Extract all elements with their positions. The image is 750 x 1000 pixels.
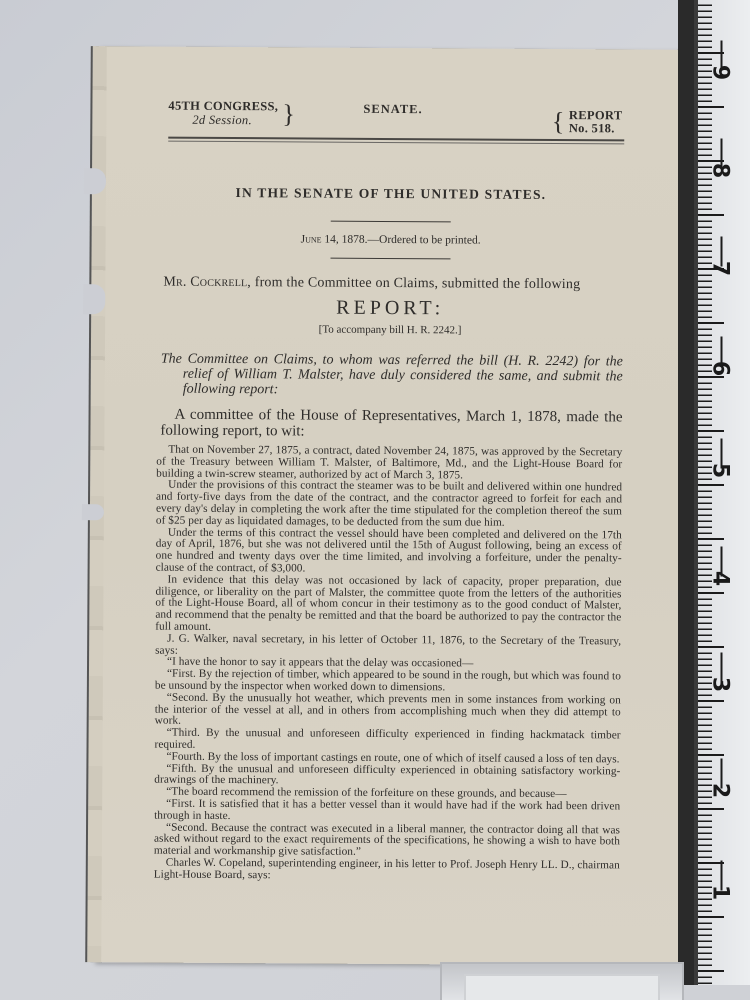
accompany-bill: [To accompany bill H. R. 2242.] (97, 322, 683, 338)
house-text: A committee of the House of Representati… (160, 407, 622, 442)
ruler-major-ticks (698, 0, 738, 985)
report-number-block: REPORT No. 518. (569, 109, 623, 135)
torn-edge (82, 504, 104, 520)
report-heading: REPORT: (97, 295, 683, 322)
paragraph: Under the provisions of this contract th… (156, 480, 622, 530)
submitted-line: Mr. Cockrell, from the Committee on Clai… (163, 275, 623, 294)
paragraph: In evidence that this delay was not occa… (155, 574, 621, 636)
congress-label: 45TH CONGRESS, (168, 99, 278, 114)
document-page: 45TH CONGRESS, 2d Session. } SENATE. { R… (93, 46, 685, 966)
paragraph: “Second. By the unusually hot weather, w… (155, 692, 621, 730)
ruler-number: 4 (708, 567, 733, 591)
ruler-number: 1 (708, 881, 733, 905)
brace-glyph: { (552, 109, 565, 135)
ordered-text: —Ordered to be printed. (368, 234, 481, 247)
report-number: No. 518. (569, 122, 623, 135)
ruler-number: 7 (708, 257, 733, 281)
divider (331, 258, 451, 260)
senator-name: Mr. Cockrell, (163, 275, 251, 291)
house-statement: A committee of the House of Representati… (160, 407, 622, 442)
ruler-number: 9 (708, 61, 733, 85)
committee-intro: The Committee on Claims, to whom was ref… (161, 352, 623, 400)
document-title: IN THE SENATE OF THE UNITED STATES. (98, 184, 684, 204)
ruler-number: 6 (708, 357, 733, 381)
session-label: 2d Session. (168, 113, 278, 128)
measuring-ruler: 9 8 7 6 5 4 3 2 1 (678, 0, 750, 985)
brace-glyph: } (282, 101, 295, 127)
paragraph: “Second. Because the contract was execut… (154, 822, 620, 860)
paragraph: Under the terms of this contract the ves… (156, 527, 622, 577)
report-header: 45TH CONGRESS, 2d Session. } SENATE. { R… (168, 99, 622, 142)
ruler-number: 8 (708, 159, 733, 183)
ruler-number: 5 (708, 459, 733, 483)
ruler-number: 3 (708, 673, 733, 697)
chamber-label: SENATE. (363, 102, 422, 117)
submitted-text: from the Committee on Claims, submitted … (251, 275, 580, 292)
ordered-line: June 14, 1878.—Ordered to be printed. (98, 232, 684, 248)
acrylic-stand (440, 962, 684, 1000)
paragraph: Charles W. Copeland, superintending engi… (154, 857, 620, 883)
paragraph: “First. It is satisfied that it has a be… (154, 798, 620, 824)
intro-text: The Committee on Claims, to whom was ref… (161, 352, 623, 400)
report-body: That on November 27, 1875, a contract, d… (154, 445, 623, 884)
divider (331, 221, 451, 223)
ordered-date: June 14, 1878. (301, 233, 368, 245)
ruler-number: 2 (708, 779, 733, 803)
paragraph: That on November 27, 1875, a contract, d… (156, 445, 622, 483)
congress-session: 45TH CONGRESS, 2d Session. (168, 99, 278, 128)
